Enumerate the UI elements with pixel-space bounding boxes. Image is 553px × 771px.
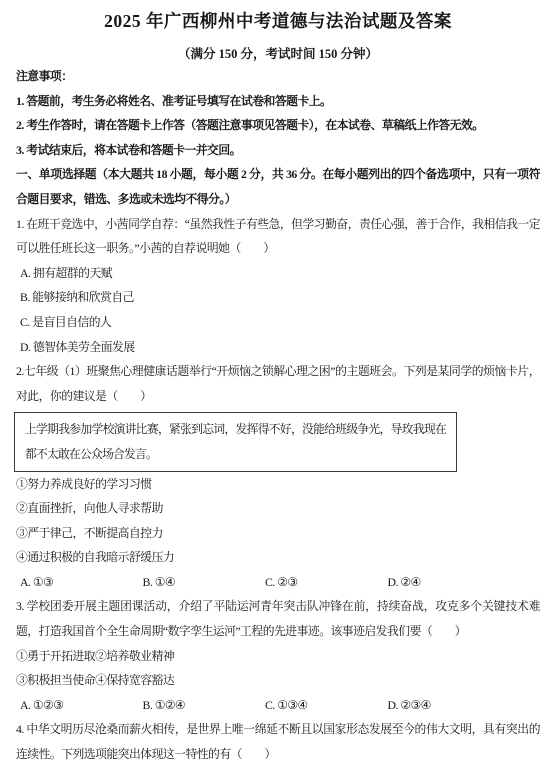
question-1-option-d: D. 德智体美劳全面发展 [16, 335, 540, 360]
worry-card: 上学期我参加学校演讲比赛，紧张到忘词，发挥得不好，没能给班级争光，导玫我现在都不… [14, 412, 457, 471]
question-3-option-row: A. ①②③ B. ①②④ C. ①③④ D. ②③④ [16, 693, 540, 718]
exam-paper-page: 2025 年广西柳州中考道德与法治试题及答案 （满分 150 分，考试时间 15… [0, 0, 553, 771]
question-3-option-c: C. ①③④ [265, 693, 388, 718]
question-1-option-c: C. 是盲目自信的人 [16, 310, 540, 335]
question-3-option-d: D. ②③④ [388, 693, 431, 718]
section-heading: 一、单项选择题（本大题共 18 小题，每小题 2 分，共 36 分。在每小题列出… [16, 162, 540, 211]
question-2-item-1: ①努力养成良好的学习习惯 [16, 472, 540, 497]
question-3-item-line-2: ③积极担当使命④保持宽容豁达 [16, 668, 540, 693]
notice-heading: 注意事项： [16, 64, 540, 89]
question-3-option-a: A. ①②③ [20, 693, 143, 718]
question-2-option-c: C. ②③ [265, 570, 388, 595]
question-1-option-b: B. 能够接纳和欣赏自己 [16, 285, 540, 310]
question-4-stem: 4. 中华文明历尽沧桑而薪火相传，是世界上唯一绵延不断且以国家形态发展至今的伟大… [16, 717, 540, 766]
question-3-item-line-1: ①勇于开拓进取②培养敬业精神 [16, 644, 540, 669]
question-2-item-2: ②直面挫折，向他人寻求帮助 [16, 496, 540, 521]
question-3-stem: 3. 学校团委开展主题团课活动，介绍了平陆运河青年突击队冲锋在前，持续奋战，攻克… [16, 594, 540, 643]
notice-item-1: 1. 答题前，考生务必将姓名、准考证号填写在试卷和答题卡上。 [16, 89, 540, 114]
question-2-option-b: B. ①④ [143, 570, 266, 595]
question-1-option-a: A. 拥有超群的天赋 [16, 261, 540, 286]
question-2-option-row: A. ①③ B. ①④ C. ②③ D. ②④ [16, 570, 540, 595]
question-2-item-3: ③严于律己，不断提高自控力 [16, 521, 540, 546]
question-2-option-d: D. ②④ [388, 570, 421, 595]
page-subtitle: （满分 150 分，考试时间 150 分钟） [16, 44, 540, 64]
question-2-stem: 2.七年级（1）班聚焦心理健康话题举行“开烦恼之锁解心理之困”的主题班会。下列是… [16, 359, 540, 408]
question-1-stem: 1. 在班干竞选中，小茜同学自荐：“虽然我性子有些急，但学习勤奋，责任心强，善于… [16, 212, 540, 261]
question-2-option-a: A. ①③ [20, 570, 143, 595]
page-title: 2025 年广西柳州中考道德与法治试题及答案 [16, 6, 540, 36]
question-2-item-4: ④通过积极的自我暗示舒缓压力 [16, 545, 540, 570]
notice-item-2: 2. 考生作答时，请在答题卡上作答（答题注意事项见答题卡），在本试卷、草稿纸上作… [16, 113, 540, 138]
worry-card-text: 上学期我参加学校演讲比赛，紧张到忘词，发挥得不好，没能给班级争光，导玫我现在都不… [25, 417, 446, 466]
question-3-option-b: B. ①②④ [143, 693, 266, 718]
notice-item-3: 3. 考试结束后，将本试卷和答题卡一并交回。 [16, 138, 540, 163]
